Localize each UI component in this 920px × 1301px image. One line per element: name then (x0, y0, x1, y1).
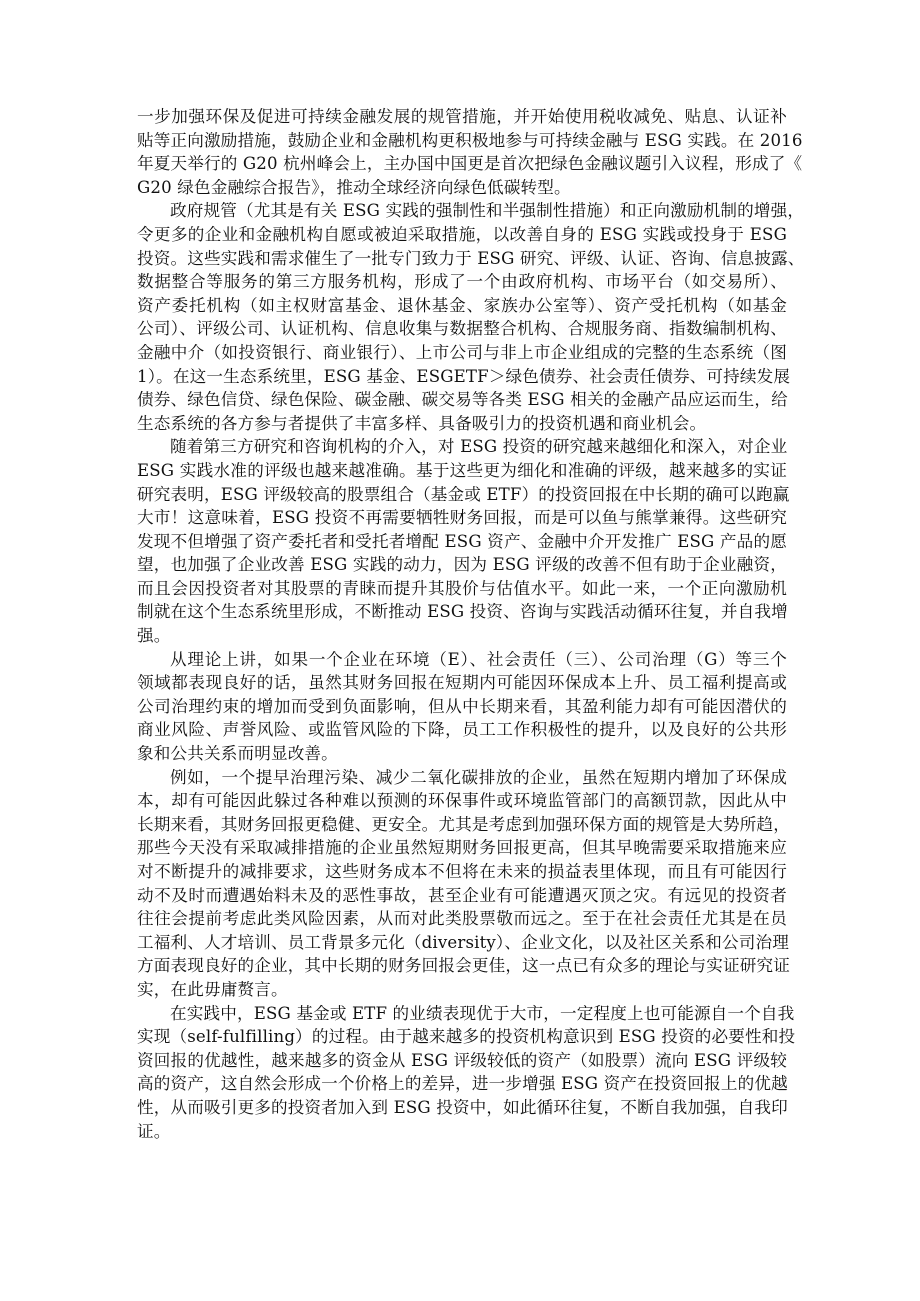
text-line: 大市！这意味着，ESG 投资不再需要牺牲财务回报，而是可以鱼与熊掌兼得。这些研究 (137, 506, 787, 530)
text-line: 债券、绿色信贷、绿色保险、碳金融、碳交易等各类 ESG 相关的金融产品应运而生，… (137, 388, 787, 412)
paragraph-6: 在实践中，ESG 基金或 ETF 的业绩表现优于大市，一定程度上也可能源自一个自… (137, 1002, 787, 1144)
text-line: 政府规管（尤其是有关 ESG 实践的强制性和半强制性措施）和正向激励机制的增强， (137, 199, 787, 223)
text-line: 性，从而吸引更多的投资者加入到 ESG 投资中，如此循环往复，不断自我加强，自我… (137, 1096, 787, 1120)
text-line: 领域都表现良好的话，虽然其财务回报在短期内可能因环保成本上升、员工福利提高或 (137, 671, 787, 695)
text-line: 金融中介（如投资银行、商业银行）、上市公司与非上市企业组成的完整的生态系统（图 (137, 341, 787, 365)
text-line: 投资。这些实践和需求催生了一批专门致力于 ESG 研究、评级、认证、咨询、信息披… (137, 247, 787, 271)
text-line: 那些今天没有采取减排措施的企业虽然短期财务回报更高，但其早晚需要采取措施来应 (137, 836, 787, 860)
text-line: 象和公共关系而明显改善。 (137, 742, 787, 766)
text-line: 例如，一个提早治理污染、减少二氧化碳排放的企业，虽然在短期内增加了环保成 (137, 766, 787, 790)
text-line: 数据整合等服务的第三方服务机构，形成了一个由政府机构、市场平台（如交易所）、 (137, 270, 787, 294)
text-line: 制就在这个生态系统里形成，不断推动 ESG 投资、咨询与实践活动循环往复，并自我… (137, 600, 787, 624)
text-line: 实，在此毋庸赘言。 (137, 978, 787, 1002)
text-line: 资回报的优越性，越来越多的资金从 ESG 评级较低的资产（如股票）流向 ESG … (137, 1049, 787, 1073)
text-line: 资产委托机构（如主权财富基金、退休基金、家族办公室等）、资产受托机构（如基金 (137, 294, 787, 318)
text-line: 贴等正向激励措施，鼓励企业和金融机构更积极地参与可持续金融与 ESG 实践。在 … (137, 129, 787, 153)
text-line: 动不及时而遭遇始料未及的恶性事故，甚至企业有可能遭遇灭顶之灾。有远见的投资者 (137, 884, 787, 908)
text-line: 一步加强环保及促进可持续金融发展的规管措施，并开始使用税收减免、贴息、认证补 (137, 105, 787, 129)
text-line: 年夏天举行的 G20 杭州峰会上，主办国中国更是首次把绿色金融议题引入议程，形成… (137, 152, 787, 176)
text-line: 工福利、人才培训、员工背景多元化（diversity）、企业文化，以及社区关系和… (137, 931, 787, 955)
paragraph-4: 从理论上讲，如果一个企业在环境（E）、社会责任（三）、公司治理（G）等三个 领域… (137, 648, 787, 766)
text-line: 生态系统的各方参与者提供了丰富多样、具备吸引力的投资机遇和商业机会。 (137, 412, 787, 436)
paragraph-2: 政府规管（尤其是有关 ESG 实践的强制性和半强制性措施）和正向激励机制的增强，… (137, 199, 787, 435)
text-line: 在实践中，ESG 基金或 ETF 的业绩表现优于大市，一定程度上也可能源自一个自… (137, 1002, 787, 1026)
text-line: 而且会因投资者对其股票的青睐而提升其股价与估值水平。如此一来，一个正向激励机 (137, 577, 787, 601)
text-line: 本，却有可能因此躲过各种难以预测的环保事件或环境监管部门的高额罚款，因此从中 (137, 789, 787, 813)
paragraph-3: 随着第三方研究和咨询机构的介入，对 ESG 投资的研究越来越细化和深入，对企业 … (137, 435, 787, 647)
text-line: 1）。在这一生态系统里，ESG 基金、ESGETF＞绿色债券、社会责任债券、可持… (137, 365, 787, 389)
text-line: 公司治理约束的增加而受到负面影响，但从中长期来看，其盈利能力却有可能因潜伏的 (137, 695, 787, 719)
text-line: 对不断提升的减排要求，这些财务成本不但将在未来的损益表里体现，而且有可能因行 (137, 860, 787, 884)
text-line: 往往会提前考虑此类风险因素，从而对此类股票敬而远之。至于在社会责任尤其是在员 (137, 907, 787, 931)
text-line: 从理论上讲，如果一个企业在环境（E）、社会责任（三）、公司治理（G）等三个 (137, 648, 787, 672)
text-line: G20 绿色金融综合报告》，推动全球经济向绿色低碳转型。 (137, 176, 787, 200)
text-line: 高的资产，这自然会形成一个价格上的差异，进一步增强 ESG 资产在投资回报上的优… (137, 1072, 787, 1096)
text-line: 强。 (137, 624, 787, 648)
text-line: 研究表明，ESG 评级较高的股票组合（基金或 ETF）的投资回报在中长期的确可以… (137, 483, 787, 507)
text-line: 发现不但增强了资产委托者和受托者增配 ESG 资产、金融中介开发推广 ESG 产… (137, 530, 787, 554)
text-line: 公司）、评级公司、认证机构、信息收集与数据整合机构、合规服务商、指数编制机构、 (137, 317, 787, 341)
text-line: 商业风险、声誉风险、或监管风险的下降，员工工作积极性的提升，以及良好的公共形 (137, 718, 787, 742)
text-line: ESG 实践水准的评级也越来越准确。基于这些更为细化和准确的评级，越来越多的实证 (137, 459, 787, 483)
text-line: 方面表现良好的企业，其中长期的财务回报会更佳，这一点已有众多的理论与实证研究证 (137, 954, 787, 978)
document-page: 一步加强环保及促进可持续金融发展的规管措施，并开始使用税收减免、贴息、认证补 贴… (137, 105, 787, 1143)
text-line: 随着第三方研究和咨询机构的介入，对 ESG 投资的研究越来越细化和深入，对企业 (137, 435, 787, 459)
paragraph-5: 例如，一个提早治理污染、减少二氧化碳排放的企业，虽然在短期内增加了环保成 本，却… (137, 766, 787, 1002)
text-line: 长期来看，其财务回报更稳健、更安全。尤其是考虑到加强环保方面的规管是大势所趋， (137, 813, 787, 837)
text-line: 望，也加强了企业改善 ESG 实践的动力，因为 ESG 评级的改善不但有助于企业… (137, 553, 787, 577)
text-line: 令更多的企业和金融机构自愿或被迫采取措施，以改善自身的 ESG 实践或投身于 E… (137, 223, 787, 247)
text-line: 实现（self-fulfilling）的过程。由于越来越多的投资机构意识到 ES… (137, 1025, 787, 1049)
text-line: 证。 (137, 1120, 787, 1144)
paragraph-1: 一步加强环保及促进可持续金融发展的规管措施，并开始使用税收减免、贴息、认证补 贴… (137, 105, 787, 199)
